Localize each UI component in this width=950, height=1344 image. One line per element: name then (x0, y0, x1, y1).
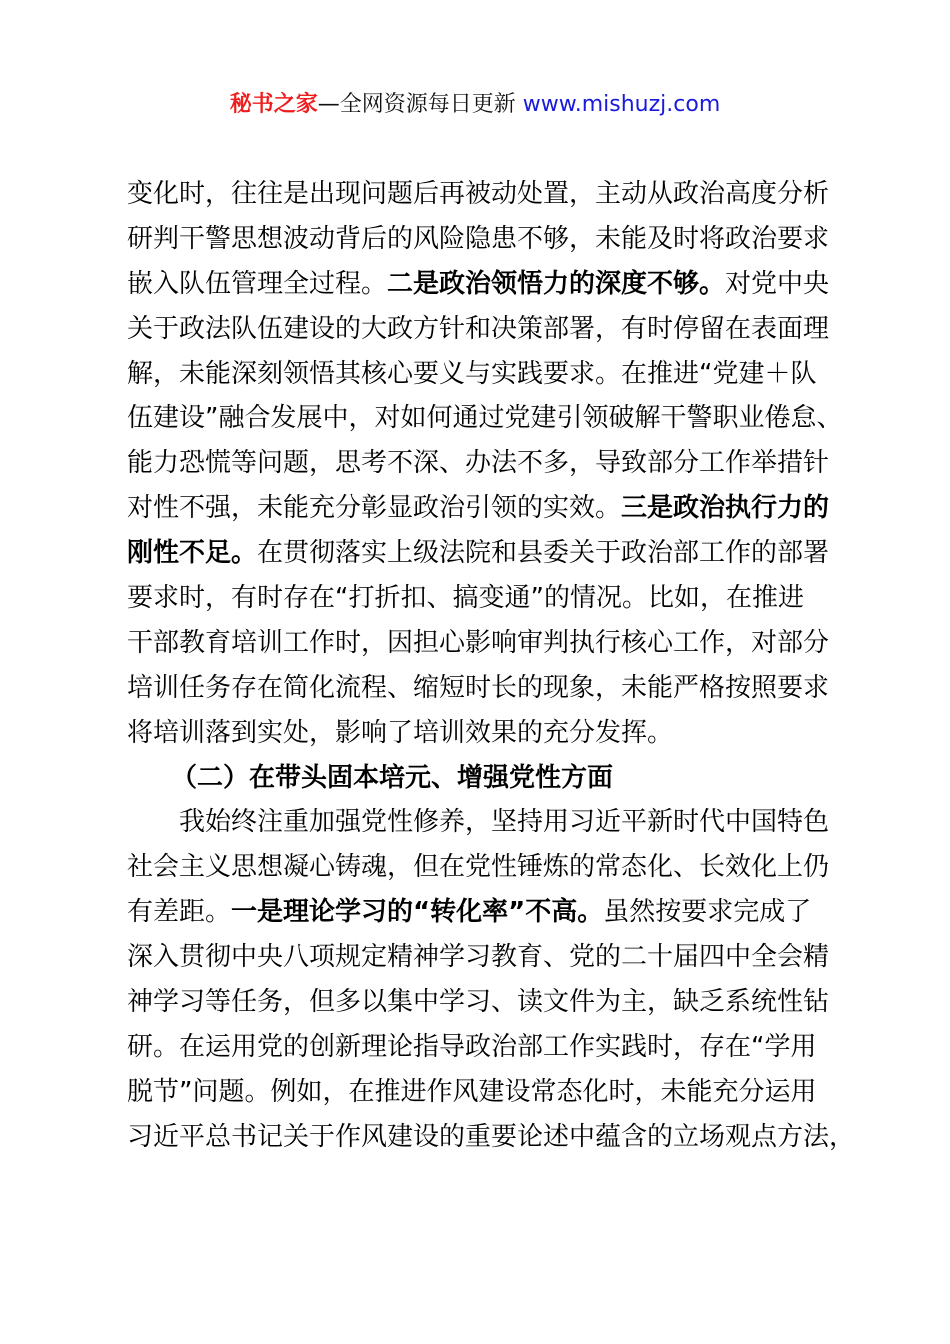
text-line: 将培训落到实处，影响了培训效果的充分发挥。 (127, 711, 847, 756)
text-line: 习近平总书记关于作风建设的重要论述中蕴含的立场观点方法， (127, 1115, 847, 1160)
text-line: 能力恐慌等问题，思考不深、办法不多，导致部分工作举措针 (127, 441, 847, 486)
bold-point-heading: 刚性不足。 (127, 538, 257, 568)
text-line: 要求时，有时存在“打折扣、搞变通”的情况。比如，在推进 (127, 576, 847, 621)
site-url-link[interactable]: www.mishuzj.com (523, 92, 720, 117)
text-line: 刚性不足。在贯彻落实上级法院和县委关于政治部工作的部署 (127, 531, 847, 576)
text-line: 嵌入队伍管理全过程。二是政治领悟力的深度不够。对党中央 (127, 262, 847, 307)
text-line: 培训任务存在简化流程、缩短时长的现象，未能严格按照要求 (127, 666, 847, 711)
text-line: 有差距。一是理论学习的“转化率”不高。虽然按要求完成了 (127, 890, 847, 935)
text-line: 解，未能深刻领悟其核心要义与实践要求。在推进“党建＋队 (127, 352, 847, 397)
bold-point-heading: 一是理论学习的“转化率”不高。 (231, 897, 603, 927)
site-watermark-header: 秘书之家—全网资源每日更新 www.mishuzj.com (0, 88, 950, 122)
bold-point-heading: 二是政治领悟力的深度不够。 (387, 269, 725, 299)
brand-name: 秘书之家 (230, 92, 318, 117)
text-line: 研判干警思想波动背后的风险隐患不够，未能及时将政治要求 (127, 217, 847, 262)
text-line: 伍建设”融合发展中，对如何通过党建引领破解干警职业倦怠、 (127, 396, 847, 441)
text-line: 变化时，往往是出现问题后再被动处置，主动从政治高度分析 (127, 172, 847, 217)
document-body: 变化时，往往是出现问题后再被动处置，主动从政治高度分析 研判干警思想波动背后的风… (127, 172, 847, 1160)
text-line: 干部教育培训工作时，因担心影响审判执行核心工作，对部分 (127, 621, 847, 666)
text-line: 我始终注重加强党性修养，坚持用习近平新时代中国特色 (127, 800, 847, 845)
text-line: 社会主义思想凝心铸魂，但在党性锤炼的常态化、长效化上仍 (127, 845, 847, 890)
section-heading: （二）在带头固本培元、增强党性方面 (127, 756, 847, 801)
bold-point-heading: 三是政治执行力的 (621, 493, 829, 523)
text-line: 深入贯彻中央八项规定精神学习教育、党的二十届四中全会精 (127, 935, 847, 980)
text-line: 神学习等任务，但多以集中学习、读文件为主，缺乏系统性钻 (127, 980, 847, 1025)
text-line: 脱节”问题。例如，在推进作风建设常态化时，未能充分运用 (127, 1070, 847, 1115)
text-line: 关于政法队伍建设的大政方针和决策部署，有时停留在表面理 (127, 307, 847, 352)
text-line: 对性不强，未能充分彰显政治引领的实效。三是政治执行力的 (127, 486, 847, 531)
text-line: 研。在运用党的创新理论指导政治部工作实践时，存在“学用 (127, 1025, 847, 1070)
header-tagline: —全网资源每日更新 (318, 92, 523, 117)
